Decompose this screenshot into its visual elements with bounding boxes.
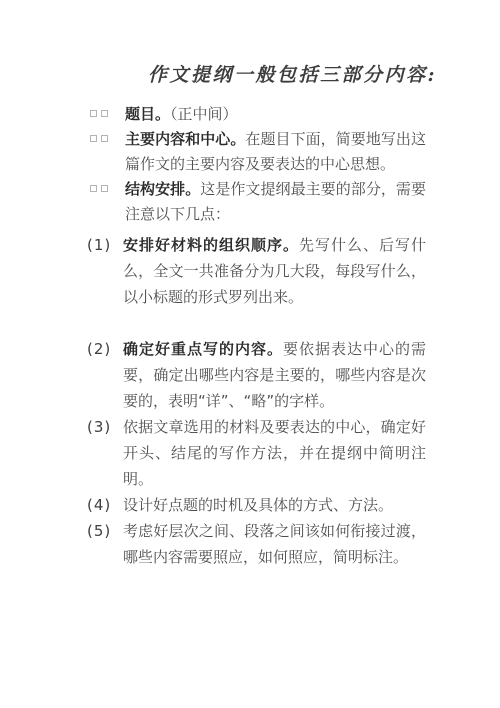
numbered-item: (2) 确定好重点写的内容。要依据表达中心的需要，确定出哪些内容是主要的，哪些内…: [0, 336, 500, 414]
item-number: (4): [87, 492, 111, 518]
numbered-item: (3) 依据文章选用的材料及要表达的中心，确定好开头、结尾的写作方法，并在提纲中…: [0, 414, 500, 492]
item-text: 依据文章选用的材料及要表达的中心，确定好开头、结尾的写作方法，并在提纲中简明注明…: [123, 418, 426, 488]
item-lead: 结构安排。: [125, 180, 200, 198]
item-lead: 主要内容和中心。: [125, 130, 245, 148]
page-title: 作文提纲一般包括三部分内容:: [148, 60, 437, 87]
numbered-item: (5) 考虑好层次之间、段落之间该如何衔接过渡，哪些内容需要照应，如何照应，简明…: [0, 518, 500, 570]
numbered-item: (1) 安排好材料的组织顺序。先写什么、后写什么，全文一共准备分为几大段，每段写…: [0, 232, 500, 310]
item-lead: 题目。: [125, 105, 170, 123]
item-text: 考虑好层次之间、段落之间该如何衔接过渡，哪些内容需要照应，如何照应，简明标注。: [123, 522, 426, 566]
item-number: (2): [87, 336, 111, 362]
double-square-bullet-icon: [90, 110, 108, 117]
item-text: （正中间）: [170, 105, 238, 123]
numbered-item: (4) 设计好点题的时机及具体的方式、方法。: [0, 492, 500, 518]
list-item: 结构安排。这是作文提纲最主要的部分，需要注意以下几点：: [0, 177, 500, 227]
document-body: 题目。（正中间） 主要内容和中心。在题目下面，简要地写出这篇作文的主要内容及要表…: [0, 102, 500, 570]
item-number: (3): [87, 414, 111, 440]
item-number: (5): [87, 518, 111, 544]
list-item: 题目。（正中间）: [0, 102, 500, 127]
item-number: (1): [87, 232, 111, 258]
document-page: 作文提纲一般包括三部分内容: 题目。（正中间） 主要内容和中心。在题目下面，简要…: [0, 0, 500, 708]
item-lead: 确定好重点写的内容。: [123, 340, 283, 358]
item-lead: 安排好材料的组织顺序。: [123, 236, 299, 254]
double-square-bullet-icon: [90, 185, 108, 192]
list-item: 主要内容和中心。在题目下面，简要地写出这篇作文的主要内容及要表达的中心思想。: [0, 127, 500, 177]
item-text: 设计好点题的时机及具体的方式、方法。: [123, 496, 393, 514]
numbered-list: (1) 安排好材料的组织顺序。先写什么、后写什么，全文一共准备分为几大段，每段写…: [0, 232, 500, 570]
double-square-bullet-icon: [90, 135, 108, 142]
